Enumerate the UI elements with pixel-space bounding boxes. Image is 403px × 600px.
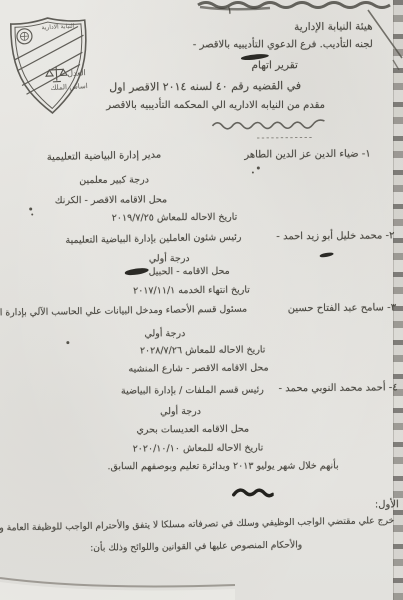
defendant-2-title: رئيس شئون العاملين بإدارة البياضية التعل… (65, 232, 241, 246)
defendant-1-pension-date: تاريخ الاحاله للمعاش ٢٠١٩/٧/٢٥ (112, 212, 238, 224)
page-number-mark: ١ (226, 4, 232, 17)
ink-speck (29, 207, 32, 210)
authority-title: هيئة النيابة الإدارية (294, 20, 373, 33)
defendant-3-name: ٣- سامح عبد الفتاح حسين (288, 302, 396, 314)
ink-speck (66, 341, 69, 344)
first-charge-label: الأول: (375, 499, 399, 510)
defendant-1-grade: درجة كبير معلمين (79, 174, 149, 186)
defendant-2-residence: محل الاقامه - الحبيل (149, 266, 230, 278)
defendant-4-pension-date: تاريخ الاحاله للمعاش ٢٠٢٠/١٠/١٠ (133, 442, 264, 454)
accusation-intro-line: بأنهم خلال شهر يوليو ٢٠١٣ وبدائرة تعليم … (107, 460, 338, 472)
squiggle-divider (210, 118, 330, 131)
ink-speck (257, 166, 260, 169)
charge-text-line-2: والأحكام المنصوص عليها في القوانين واللو… (90, 539, 302, 553)
defendant-3-residence: محل الاقامه الاقصر - شارع المنشيه (128, 362, 268, 374)
defendant-1-residence: محل الاقامه الاقصر - الكرنك (55, 194, 167, 206)
defendant-2-grade: درجة أولي (149, 253, 190, 264)
signature-squiggle (232, 485, 274, 499)
ink-blot (124, 267, 149, 276)
submitted-line: مقدم من النيابه الاداريه الي المحكمه الت… (107, 100, 326, 111)
charge-text-line-1: خرج علي مقتضي الواجب الوظيفي وسلك في تصر… (0, 515, 394, 535)
defendant-4-name: ٤- أحمد محمد النوبي محمد - (278, 382, 397, 394)
ink-dash-mark (319, 252, 333, 258)
defendant-1-name: ١- ضياء الدين عز الدين الطاهر (244, 149, 371, 161)
report-title: تقرير اتهام (251, 59, 298, 71)
defendant-1-title: مدير إدارة البياضية التعليمية (46, 150, 161, 164)
ink-speck (31, 213, 33, 215)
defendant-3-pension-date: تاريخ الاحاله للمعاش ٢٠٢٨/٧/٢٦ (140, 344, 266, 356)
defendant-2-name: ٢- محمد خليل أبو زيد احمد - (276, 230, 394, 242)
defendant-2-end-of-service-date: تاريخ انتهاء الخدمه ٢٠١٧/١١/١ (133, 285, 250, 297)
page-edge-artifact (0, 570, 403, 600)
defendant-4-title: رئيس قسم الملفات / بإدارة البياضية (121, 384, 264, 396)
defendant-4-grade: درجة أولي (160, 406, 201, 417)
scanned-document-page: النيابة الادارية العدل اساس الملك ١ هيئة… (0, 0, 403, 600)
defendant-4-residence: محل الاقامه العديسات بحري (136, 424, 249, 436)
defendant-3-title: مسئول قسم الأحصاء ومدخل البيانات علي الح… (0, 304, 247, 320)
committee-line: لجنه التأديب. فرع الدعوي التأديبيه بالاق… (193, 39, 373, 50)
ink-speck (252, 172, 254, 174)
dashed-divider: ------------ (257, 133, 314, 143)
case-number-line: في القضيه رقم ٤٠ لسنه ٢٠١٤ الاقصر اول (109, 79, 301, 94)
defendant-3-grade: درجة أولي (144, 328, 185, 339)
